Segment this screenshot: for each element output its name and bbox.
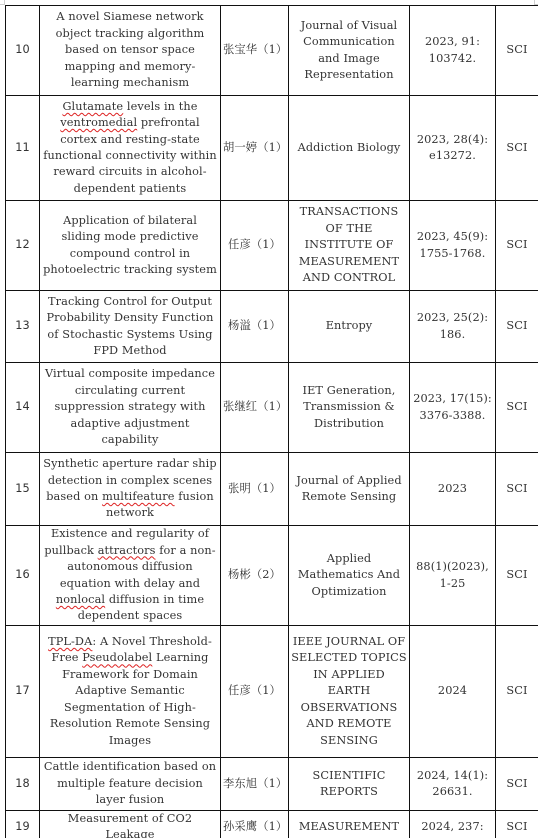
row-number: 10 xyxy=(6,6,40,96)
journal-name: MEASUREMENT xyxy=(289,811,410,838)
journal-name: IET Generation, Transmission & Distribut… xyxy=(289,363,410,453)
journal-name: TRANSACTIONS OF THE INSTITUTE OF MEASURE… xyxy=(289,201,410,291)
index-type: SCI xyxy=(496,811,538,838)
table-row: 16 Existence and regularity of pullback … xyxy=(6,526,538,626)
journal-name: IEEE JOURNAL OF SELECTED TOPICS IN APPLI… xyxy=(289,626,410,758)
title-text: Tracking Control for Output Probability … xyxy=(46,295,213,357)
title-text: Application of bilateral sliding mode pr… xyxy=(43,214,217,276)
table-row: 12 Application of bilateral sliding mode… xyxy=(6,201,538,291)
author: 张明（1） xyxy=(221,453,289,526)
table-row: 14 Virtual composite impedance circulati… xyxy=(6,363,538,453)
journal-name: Journal of Applied Remote Sensing xyxy=(289,453,410,526)
volume-pages: 2023, 45(9): 1755-1768. xyxy=(410,201,496,291)
index-type: SCI xyxy=(496,758,538,811)
volume-pages: 2023, 28(4): e13272. xyxy=(410,96,496,201)
index-type: SCI xyxy=(496,201,538,291)
volume-pages: 2023, 91: 103742. xyxy=(410,6,496,96)
title-text: Learning Framework for Domain Adaptive S… xyxy=(50,651,210,746)
index-type: SCI xyxy=(496,96,538,201)
volume-pages: 88(1)(2023), 1-25 xyxy=(410,526,496,626)
spellcheck-flagged-word: Pseudolabel xyxy=(82,651,152,664)
paper-title: Tracking Control for Output Probability … xyxy=(40,291,221,363)
volume-pages: 2024, 14(1): 26631. xyxy=(410,758,496,811)
publications-table-body: 10 A novel Siamese network object tracki… xyxy=(6,6,538,838)
paper-title: TPL-DA: A Novel Threshold-Free Pseudolab… xyxy=(40,626,221,758)
table-row: 19 Measurement of CO2 Leakage 孙采鹰（1） MEA… xyxy=(6,811,538,838)
paper-title: A novel Siamese network object tracking … xyxy=(40,6,221,96)
volume-pages: 2023, 25(2): 186. xyxy=(410,291,496,363)
author: 孙采鹰（1） xyxy=(221,811,289,838)
journal-name: Addiction Biology xyxy=(289,96,410,201)
table-row: 17 TPL-DA: A Novel Threshold-Free Pseudo… xyxy=(6,626,538,758)
paper-title: Measurement of CO2 Leakage xyxy=(40,811,221,838)
publications-table: 10 A novel Siamese network object tracki… xyxy=(5,5,538,838)
spellcheck-flagged-word: nonlocal xyxy=(56,593,105,606)
paper-title: Synthetic aperture radar ship detection … xyxy=(40,453,221,526)
row-number: 16 xyxy=(6,526,40,626)
row-number: 18 xyxy=(6,758,40,811)
volume-pages: 2023, 17(15): 3376-3388. xyxy=(410,363,496,453)
volume-pages: 2023 xyxy=(410,453,496,526)
title-text: levels in the xyxy=(123,100,197,113)
author: 杨彬（2） xyxy=(221,526,289,626)
table-row: 18 Cattle identification based on multip… xyxy=(6,758,538,811)
title-text: A novel Siamese network object tracking … xyxy=(56,10,205,89)
author: 李东旭（1） xyxy=(221,758,289,811)
journal-name: Journal of Visual Communication and Imag… xyxy=(289,6,410,96)
spellcheck-flagged-word: ventromedial xyxy=(60,116,137,129)
index-type: SCI xyxy=(496,526,538,626)
paper-title: Application of bilateral sliding mode pr… xyxy=(40,201,221,291)
author: 胡一婷（1） xyxy=(221,96,289,201)
index-type: SCI xyxy=(496,626,538,758)
table-row: 11 Glutamate levels in the ventromedial … xyxy=(6,96,538,201)
journal-name: Entropy xyxy=(289,291,410,363)
author: 张继红（1） xyxy=(221,363,289,453)
spellcheck-flagged-word: TPL-DA xyxy=(48,635,92,648)
title-text: Cattle identification based on multiple … xyxy=(44,760,216,806)
index-type: SCI xyxy=(496,291,538,363)
author: 杨溢（1） xyxy=(221,291,289,363)
volume-pages: 2024, 237: xyxy=(410,811,496,838)
journal-name: SCIENTIFIC REPORTS xyxy=(289,758,410,811)
author: 张宝华（1） xyxy=(221,6,289,96)
index-type: SCI xyxy=(496,363,538,453)
row-number: 17 xyxy=(6,626,40,758)
row-number: 11 xyxy=(6,96,40,201)
author: 任彦（1） xyxy=(221,201,289,291)
paper-title: Existence and regularity of pullback att… xyxy=(40,526,221,626)
title-text: Measurement of CO2 Leakage xyxy=(68,812,192,838)
table-row: 15 Synthetic aperture radar ship detecti… xyxy=(6,453,538,526)
paper-title: Glutamate levels in the ventromedial pre… xyxy=(40,96,221,201)
row-number: 14 xyxy=(6,363,40,453)
spellcheck-flagged-word: attractors xyxy=(98,544,156,557)
spellcheck-flagged-word: Glutamate xyxy=(62,100,123,113)
author: 任彦（1） xyxy=(221,626,289,758)
table-row: 13 Tracking Control for Output Probabili… xyxy=(6,291,538,363)
journal-name: Applied Mathematics And Optimization xyxy=(289,526,410,626)
title-text: Virtual composite impedance circulating … xyxy=(45,367,215,446)
spellcheck-flagged-word: multifeature xyxy=(102,490,174,503)
row-number: 15 xyxy=(6,453,40,526)
paper-title: Virtual composite impedance circulating … xyxy=(40,363,221,453)
row-number: 19 xyxy=(6,811,40,838)
volume-pages: 2024 xyxy=(410,626,496,758)
index-type: SCI xyxy=(496,6,538,96)
row-number: 13 xyxy=(6,291,40,363)
row-number: 12 xyxy=(6,201,40,291)
index-type: SCI xyxy=(496,453,538,526)
paper-title: Cattle identification based on multiple … xyxy=(40,758,221,811)
table-row: 10 A novel Siamese network object tracki… xyxy=(6,6,538,96)
